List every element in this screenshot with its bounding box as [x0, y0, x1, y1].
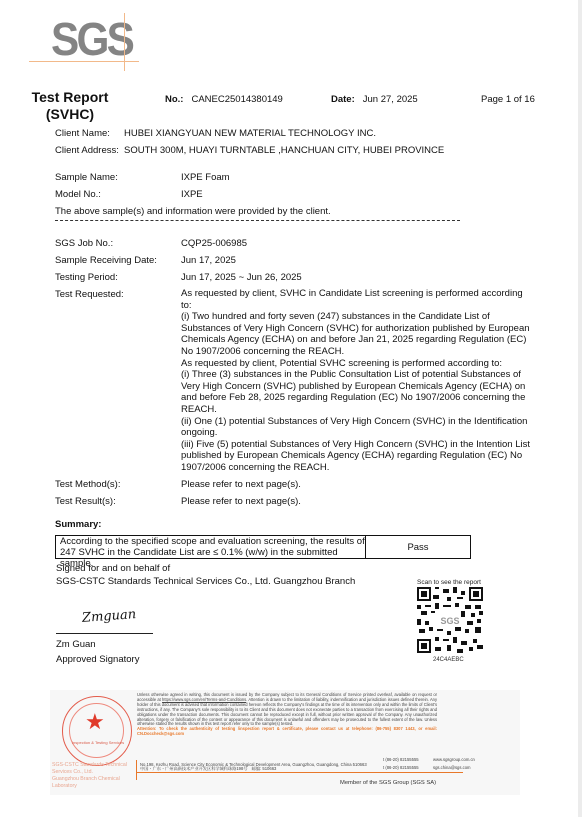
job-no-value: CQP25-006985 [181, 238, 247, 250]
stamp-organization: SGS-CSTC Standards Technical Services Co… [52, 762, 136, 790]
requested-paragraph: (ii) One (1) potential Substances of Ver… [181, 416, 531, 439]
signatory-title: Approved Signatory [56, 654, 139, 666]
report-page: SGS Test Report (SVHC) No.:CANEC25014380… [0, 0, 578, 817]
summary-title: Summary: [55, 519, 101, 531]
qr-caption: Scan to see the report [417, 579, 481, 586]
report-number: No.:CANEC25014380149 [165, 94, 283, 105]
requested-paragraph: (i) Three (3) substances in the Public C… [181, 369, 531, 415]
email-link[interactable]: sgs.china@sgs.com [433, 765, 471, 770]
signatory-name: Zm Guan [56, 639, 96, 651]
test-method-value: Please refer to next page(s). [181, 479, 301, 491]
requested-paragraph: (i) Two hundred and forty seven (247) su… [181, 311, 531, 357]
sample-name-label: Sample Name: [55, 172, 118, 184]
phone-1: t (86-20) 82155555 [383, 757, 419, 762]
report-title: Test Report (SVHC) [29, 89, 111, 123]
report-number-value: CANEC25014380149 [191, 94, 282, 105]
legal-text-cont: . Attention is drawn to the limitation o… [137, 697, 437, 727]
report-number-label: No.: [165, 94, 183, 105]
client-address-value: SOUTH 300M, HUAYI TURNTABLE ,HANCHUAN CI… [124, 145, 444, 157]
test-result-label: Test Result(s): [55, 496, 116, 508]
sgs-logo: SGS [29, 12, 141, 72]
stamp-org-line1: SGS-CSTC Standards Technical Services Co… [52, 762, 136, 776]
company-seal-stamp: ★ Inspection & Testing Services [62, 696, 132, 766]
requested-paragraph: As requested by client, Potential SVHC s… [181, 358, 531, 370]
signed-behalf-line1: Signed for and on behalf of [56, 563, 170, 575]
handwritten-signature: Zmguan [82, 607, 137, 626]
test-result-value: Please refer to next page(s). [181, 496, 301, 508]
address-horizontal-rule [137, 772, 463, 773]
phone-2: t (86-20) 82155555 [383, 765, 419, 770]
member-of-sgs-group: Member of the SGS Group (SGS SA) [340, 780, 436, 786]
page-indicator: Page 1 of 16 [481, 94, 535, 105]
report-date-label: Date: [331, 94, 355, 105]
stamp-text: Inspection & Testing Services [71, 740, 125, 745]
dashed-separator [55, 220, 460, 221]
viewer-edge [578, 0, 582, 817]
legal-disclaimer: Unless otherwise agreed in writing, this… [137, 693, 437, 737]
logo-horizontal-rule [29, 61, 139, 62]
signed-behalf-line2: SGS-CSTC Standards Technical Services Co… [56, 576, 355, 588]
sample-provided-note: The above sample(s) and information were… [55, 206, 331, 218]
summary-table: According to the specified scope and eva… [55, 535, 471, 559]
report-date-value: Jun 27, 2025 [363, 94, 418, 105]
model-no-value: IXPE [181, 189, 203, 201]
client-name-label: Client Name: [55, 128, 110, 140]
requested-paragraph: (iii) Five (5) potential Substances of V… [181, 439, 531, 474]
sample-name-value: IXPE Foam [181, 172, 230, 184]
testing-period-value: Jun 17, 2025 ~ Jun 26, 2025 [181, 272, 302, 284]
qr-code-icon[interactable]: SGS [417, 587, 483, 653]
logo-vertical-rule [124, 13, 125, 71]
client-address-label: Client Address: [55, 145, 119, 157]
report-title-line1: Test Report [29, 89, 111, 106]
report-date: Date:Jun 27, 2025 [331, 94, 418, 105]
receiving-date-value: Jun 17, 2025 [181, 255, 236, 267]
test-method-label: Test Method(s): [55, 479, 120, 491]
sgs-logo-text: SGS [51, 16, 132, 62]
model-no-label: Model No.: [55, 189, 101, 201]
client-name-value: HUBEI XIANGYUAN NEW MATERIAL TECHNOLOGY … [124, 128, 376, 140]
test-requested-label: Test Requested: [55, 289, 124, 301]
qr-code-id: 24C4AEBC [433, 657, 464, 663]
report-title-line2: (SVHC) [29, 106, 111, 123]
test-requested-text: As requested by client, SVHC in Candidat… [181, 288, 531, 474]
receiving-date-label: Sample Receiving Date: [55, 255, 157, 267]
testing-period-label: Testing Period: [55, 272, 118, 284]
svg-text:SGS: SGS [440, 616, 459, 626]
summary-text: According to the specified scope and eva… [56, 536, 366, 558]
signature-line [56, 633, 153, 634]
address-vertical-rule [136, 760, 137, 780]
stamp-org-line2: Guangzhou Branch Chemical Laboratory [52, 776, 136, 790]
job-no-label: SGS Job No.: [55, 238, 113, 250]
authenticity-attention: Attention: To check the authenticity of … [137, 727, 437, 737]
requested-paragraph: As requested by client, SVHC in Candidat… [181, 288, 531, 311]
website-link[interactable]: www.sgsgroup.com.cn [433, 757, 475, 762]
summary-result: Pass [366, 536, 470, 558]
star-icon: ★ [85, 711, 105, 733]
